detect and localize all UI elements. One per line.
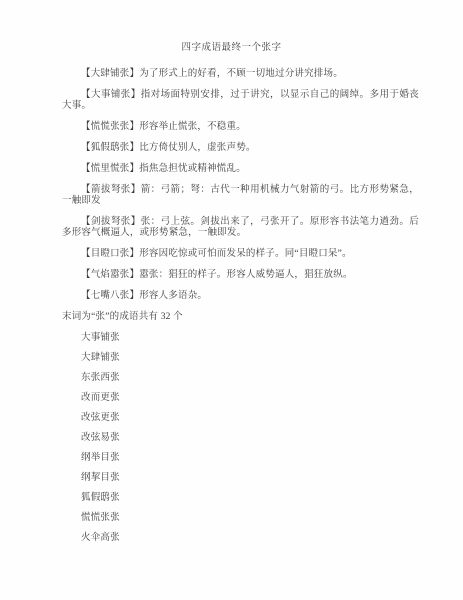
idiom-list-item: 大事铺张 [62, 333, 419, 344]
idiom-list-item: 火伞高张 [62, 533, 419, 544]
definition-entry: 【目瞪口张】形容因吃惊或可怕而发呆的样子。同“目瞪口呆”。 [62, 249, 419, 260]
idiom-list-item: 东张西张 [62, 373, 419, 384]
idiom-list: 大事铺张大肆铺张东张西张改而更张改弦更张改弦易张纲举目张纲挈目张狐假鸱张慌慌张张… [62, 333, 419, 544]
idiom-list-item: 大肆铺张 [62, 353, 419, 364]
idiom-list-item: 纲挈目张 [62, 473, 419, 484]
document-page: 四字成语最终一个张字 【大肆铺张】为了形式上的好看，不顾一切地过分讲究排场。【大… [0, 0, 463, 600]
definition-entry: 【大肆铺张】为了形式上的好看，不顾一切地过分讲究排场。 [62, 69, 419, 80]
definition-entry: 【慌里慌张】指焦急担忧或精神慌乱。 [62, 164, 419, 175]
summary-line: 末词为“张”的成语共有 32 个 [62, 312, 419, 323]
definition-entry: 【狐假鸱张】比方倚仗别人，虚张声势。 [62, 143, 419, 154]
definition-entry: 【慌慌张张】形容举止慌张，不稳重。 [62, 122, 419, 133]
idiom-list-item: 狐假鸱张 [62, 493, 419, 504]
idiom-list-item: 纲举目张 [62, 453, 419, 464]
idiom-list-item: 改而更张 [62, 393, 419, 404]
idiom-list-item: 改弦更张 [62, 413, 419, 424]
definition-entry: 【大事铺张】指对场面特别安排，过于讲究，以显示自己的阔绰。多用于婚丧大事。 [62, 90, 419, 112]
definitions-section: 【大肆铺张】为了形式上的好看，不顾一切地过分讲究排场。【大事铺张】指对场面特别安… [62, 69, 419, 302]
page-title: 四字成语最终一个张字 [62, 42, 401, 54]
idiom-list-item: 慌慌张张 [62, 513, 419, 524]
definition-entry: 【箭拔弩张】箭：弓箭；弩：古代一种用机械力气射箭的弓。比方形势紧急，一触即发 [62, 185, 419, 207]
idiom-list-item: 改弦易张 [62, 433, 419, 444]
definition-entry: 【剑拔弩张】张：弓上弦。剑拔出来了，弓张开了。原形容书法笔力遒劲。后多形容气概逼… [62, 217, 419, 239]
definition-entry: 【气焰嚣张】嚣张：猖狂的样子。形容人威势逼人，猖狂放纵。 [62, 270, 419, 281]
definition-entry: 【七嘴八张】形容人多语杂。 [62, 291, 419, 302]
